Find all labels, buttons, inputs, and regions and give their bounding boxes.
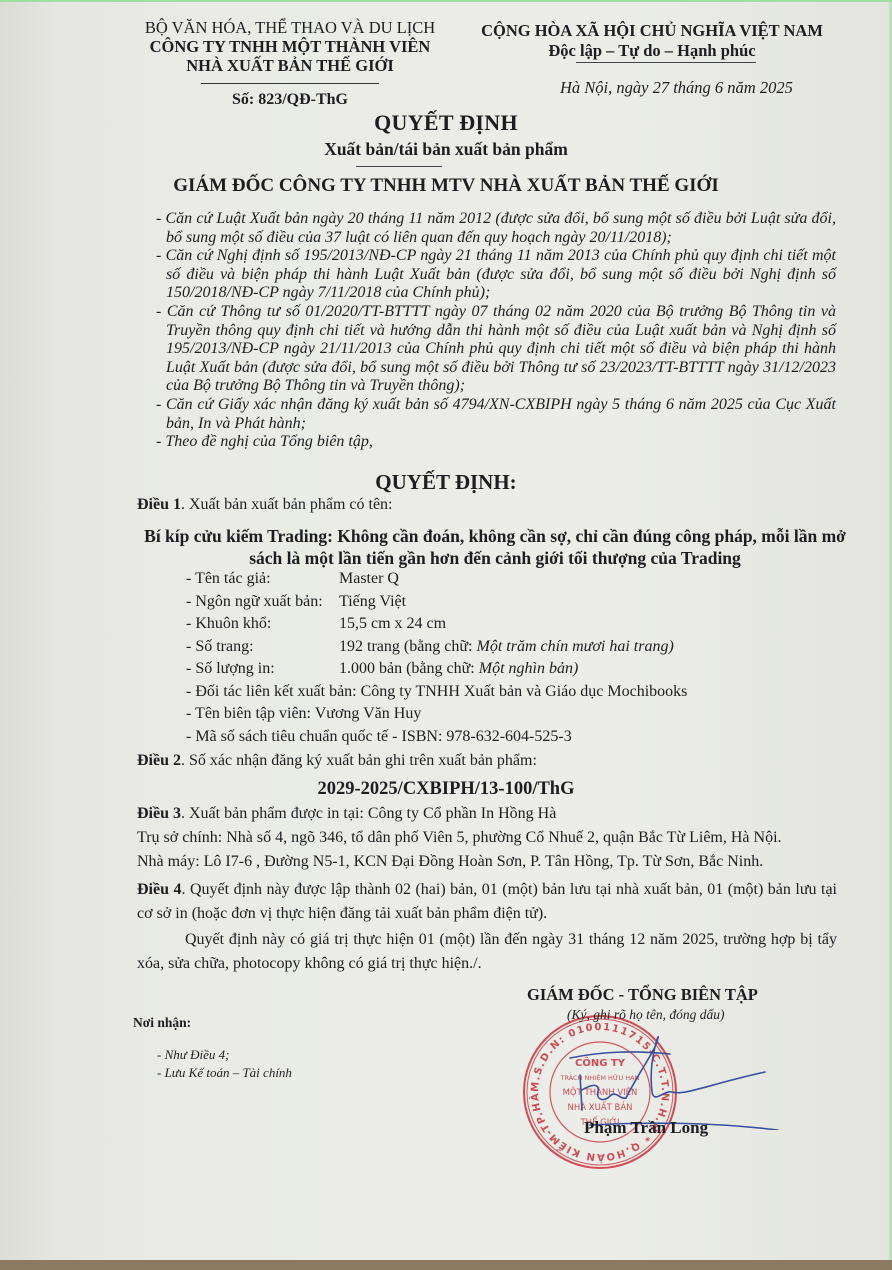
detail-label: - Khuôn khổ: — [186, 613, 339, 636]
legal-basis-item: - Theo đề nghị của Tổng biên tập, — [156, 433, 836, 452]
value-in-words: Một nghìn bản) — [479, 660, 579, 677]
article-label: Điều 3 — [137, 805, 181, 822]
detail-value: 1.000 bản (bằng chữ: Một nghìn bản) — [339, 658, 578, 681]
legal-basis-item: - Căn cứ Thông tư số 01/2020/TT-BTTTT ng… — [156, 303, 836, 396]
document-title: QUYẾT ĐỊNH — [0, 110, 892, 136]
decision-heading: QUYẾT ĐỊNH: — [0, 470, 892, 495]
detail-editor: - Tên biên tập viên: Vương Văn Huy — [186, 703, 421, 726]
document-number: Số: 823/QĐ-ThG — [122, 90, 458, 109]
value-in-words: Một trăm chín mươi hai trang) — [477, 638, 674, 655]
detail-label: - Số lượng in: — [186, 658, 339, 681]
article-label: Điều 1 — [137, 496, 181, 513]
document-page: BỘ VĂN HÓA, THỂ THAO VÀ DU LỊCH CÔNG TY … — [0, 0, 892, 1260]
detail-row: - Số lượng in: 1.000 bản (bằng chữ: Một … — [186, 658, 687, 681]
company-name-line2: NHÀ XUẤT BẢN THẾ GIỚI — [122, 56, 458, 75]
detail-row: - Số trang: 192 trang (bằng chữ: Một tră… — [186, 636, 687, 659]
legal-basis-item: - Căn cứ Luật Xuất bản ngày 20 tháng 11 … — [156, 210, 836, 247]
detail-row: - Tên biên tập viên: Vương Văn Huy — [186, 703, 687, 726]
legal-basis-item: - Căn cứ Giấy xác nhận đăng ký xuất bản … — [156, 396, 836, 433]
detail-partner: - Đối tác liên kết xuất bản: Công ty TNH… — [186, 681, 687, 704]
article-text: . Số xác nhận đăng ký xuất bản ghi trên … — [181, 752, 537, 769]
value-plain: 1.000 bản (bằng chữ: — [339, 660, 479, 677]
nation-name: CỘNG HÒA XÃ HỘI CHỦ NGHĨA VIỆT NAM — [452, 21, 852, 41]
detail-row: - Mã số sách tiêu chuẩn quốc tế - ISBN: … — [186, 726, 687, 749]
book-details: - Tên tác giả: Master Q - Ngôn ngữ xuất … — [186, 568, 687, 748]
article-text: . Quyết định này được lập thành 02 (hai)… — [137, 881, 837, 922]
signatory-name: Phạm Trần Long — [584, 1118, 708, 1138]
legal-basis-item: - Căn cứ Nghị định số 195/2013/NĐ-CP ngà… — [156, 247, 836, 303]
detail-label: - Ngôn ngữ xuất bản: — [186, 591, 339, 614]
article-text: . Xuất bản xuất bản phẩm có tên: — [181, 496, 393, 513]
issuer-block: BỘ VĂN HÓA, THỂ THAO VÀ DU LỊCH CÔNG TY … — [122, 18, 458, 109]
detail-row: - Tên tác giả: Master Q — [186, 568, 687, 591]
detail-isbn: - Mã số sách tiêu chuẩn quốc tế - ISBN: … — [186, 726, 572, 749]
detail-label: - Tên tác giả: — [186, 568, 339, 591]
article-3-line: Điều 3. Xuất bản phẩm được in tại: Công … — [137, 802, 782, 826]
legal-basis-list: - Căn cứ Luật Xuất bản ngày 20 tháng 11 … — [156, 210, 836, 452]
detail-value: 15,5 cm x 24 cm — [339, 613, 446, 636]
recipient-item: - Như Điều 4; — [157, 1046, 292, 1064]
validity-clause: Quyết định này có giá trị thực hiện 01 (… — [137, 928, 837, 976]
detail-row: - Khuôn khổ: 15,5 cm x 24 cm — [186, 613, 687, 636]
detail-value: Tiếng Việt — [339, 591, 406, 614]
article-2: Điều 2. Số xác nhận đăng ký xuất bản ghi… — [137, 752, 537, 770]
signatory-title: GIÁM ĐỐC - TỔNG BIÊN TẬP — [527, 985, 758, 1005]
article-4-text: Điều 4. Quyết định này được lập thành 02… — [137, 878, 837, 926]
detail-value: 192 trang (bằng chữ: Một trăm chín mươi … — [339, 636, 674, 659]
book-title: Bí kíp cửu kiếm Trading: Không cần đoán,… — [135, 525, 855, 569]
article-text: . Xuất bản phẩm được in tại: Công ty Cổ … — [181, 805, 556, 822]
company-name-line1: CÔNG TY TNHH MỘT THÀNH VIÊN — [122, 37, 458, 56]
detail-row: - Đối tác liên kết xuất bản: Công ty TNH… — [186, 681, 687, 704]
motto-underline — [576, 62, 755, 63]
article-3: Điều 3. Xuất bản phẩm được in tại: Công … — [137, 802, 782, 874]
detail-value: Master Q — [339, 568, 399, 591]
article-label: Điều 2 — [137, 752, 181, 769]
national-header: CỘNG HÒA XÃ HỘI CHỦ NGHĨA VIỆT NAM Độc l… — [452, 21, 852, 61]
printer-headquarters: Trụ sở chính: Nhà số 4, ngõ 346, tổ dân … — [137, 826, 782, 850]
motto-text: Độc lập – Tự do – Hạnh phúc — [548, 41, 755, 60]
article-label: Điều 4 — [137, 881, 182, 898]
article-1: Điều 1. Xuất bản xuất bản phẩm có tên: — [137, 496, 393, 514]
recipients-list: - Như Điều 4; - Lưu Kế toán – Tài chính — [157, 1046, 292, 1082]
article-4: Điều 4. Quyết định này được lập thành 02… — [137, 878, 837, 976]
ministry-name: BỘ VĂN HÓA, THỂ THAO VÀ DU LỊCH — [122, 18, 458, 37]
printer-factory: Nhà máy: Lô I7-6 , Đường N5-1, KCN Đại Đ… — [137, 850, 782, 874]
registration-number: 2029-2025/CXBIPH/13-100/ThG — [0, 779, 892, 800]
national-motto: Độc lập – Tự do – Hạnh phúc — [548, 41, 755, 61]
value-plain: 192 trang (bằng chữ: — [339, 638, 477, 655]
header-divider — [201, 83, 379, 84]
recipients-title: Nơi nhận: — [133, 1015, 191, 1031]
signature-instruction: (Ký, ghi rõ họ tên, đóng dấu) — [567, 1007, 725, 1023]
issue-date: Hà Nội, ngày 27 tháng 6 năm 2025 — [560, 78, 793, 98]
recipient-item: - Lưu Kế toán – Tài chính — [157, 1064, 292, 1082]
detail-label: - Số trang: — [186, 636, 339, 659]
document-subtitle: Xuất bản/tái bản xuất bản phẩm — [0, 139, 892, 160]
issuing-authority: GIÁM ĐỐC CÔNG TY TNHH MTV NHÀ XUẤT BẢN T… — [0, 175, 892, 197]
handwritten-signature — [560, 1030, 780, 1130]
detail-row: - Ngôn ngữ xuất bản: Tiếng Việt — [186, 591, 687, 614]
title-divider — [356, 166, 442, 167]
